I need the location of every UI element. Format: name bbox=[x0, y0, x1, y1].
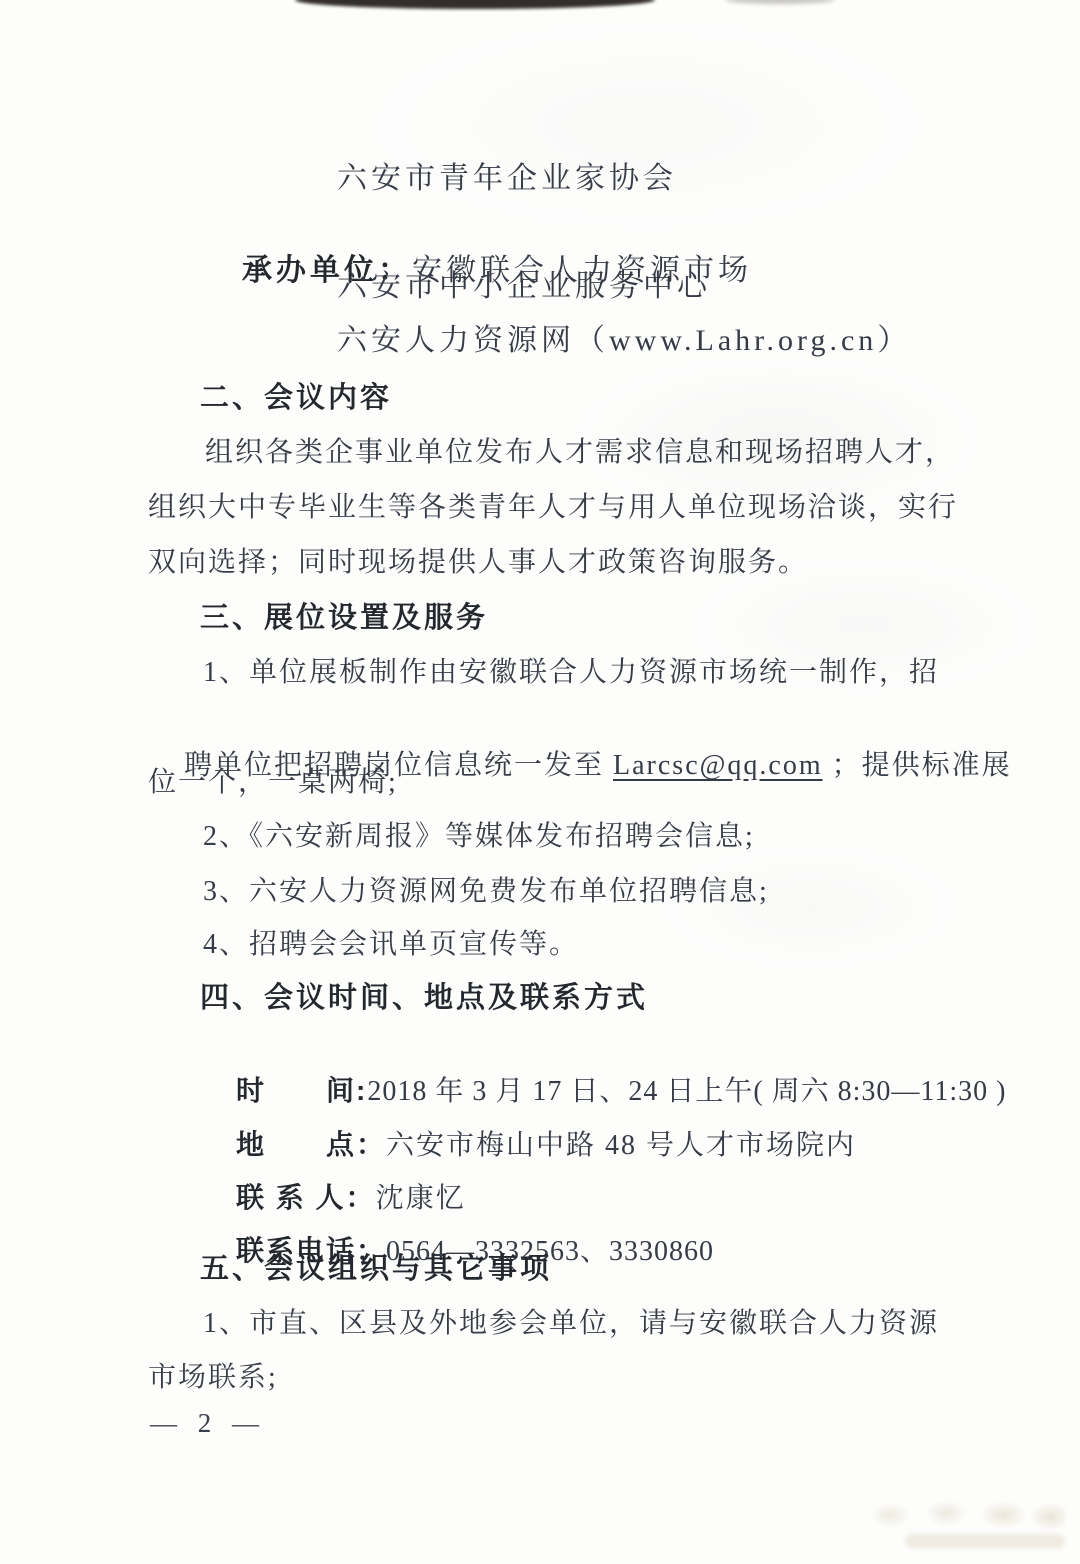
watermark-graphic bbox=[860, 1496, 1065, 1534]
item-text: ；提供标准展 bbox=[823, 750, 1012, 781]
section-3-item-1-line: 1、单位展板制作由安徽联合人力资源市场统一制作，招 bbox=[203, 654, 939, 692]
scan-artifact-top bbox=[295, 0, 655, 9]
section-3-item-4: 4、招聘会会讯单页宣传等。 bbox=[203, 926, 579, 964]
watermark-graphic bbox=[905, 1534, 1065, 1548]
section-3-item-3: 3、六安人力资源网免费发布单位招聘信息; bbox=[203, 873, 769, 911]
section-2-paragraph-line: 双向选择；同时现场提供人事人才政策咨询服务。 bbox=[148, 544, 808, 582]
scan-artifact-top-faint bbox=[725, 0, 835, 4]
section-5-item-1-line: 市场联系; bbox=[148, 1359, 278, 1397]
organizer-name: 六安市中小企业服务中心 bbox=[337, 268, 711, 306]
section-2-paragraph-line: 组织各类企事业单位发布人才需求信息和现场招聘人才， bbox=[205, 434, 955, 472]
section-3-item-2: 2、《六安新周报》等媒体发布招聘会信息; bbox=[203, 818, 755, 856]
section-2-heading: 二、会议内容 bbox=[200, 379, 392, 417]
section-2-paragraph-line: 组织大中专毕业生等各类青年人才与用人单位现场洽谈，实行 bbox=[148, 489, 958, 527]
email-address: Larcsc@qq.com bbox=[613, 750, 823, 781]
section-3-heading: 三、展位设置及服务 bbox=[200, 599, 488, 637]
watermark bbox=[860, 1494, 1070, 1556]
section-3-item-1-line: 位一个，一桌两椅; bbox=[148, 764, 398, 802]
document-page: 六安市青年企业家协会 承办单位：安徽联合人力资源市场 六安市中小企业服务中心 六… bbox=[0, 0, 1080, 1564]
section-4-heading: 四、会议时间、地点及联系方式 bbox=[200, 979, 648, 1017]
organizer-name: 六安人力资源网（www.Lahr.org.cn） bbox=[337, 322, 911, 360]
section-5-item-1-line: 1、市直、区县及外地参会单位，请与安徽联合人力资源 bbox=[203, 1305, 939, 1343]
host-continuation-line: 六安市青年企业家协会 bbox=[337, 160, 677, 198]
section-5-heading: 五、会议组织与其它事项 bbox=[200, 1250, 552, 1288]
page-number: — 2 — bbox=[150, 1408, 266, 1439]
